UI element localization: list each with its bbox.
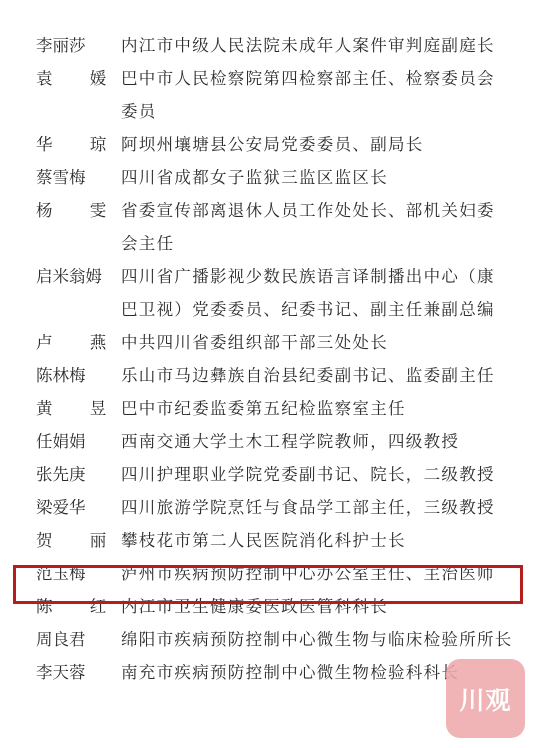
list-item-highlighted: 范玉梅 泸州市疾病预防控制中心办公室主任、主治医师 — [0, 557, 536, 590]
person-name: 卢 燕 — [36, 326, 106, 359]
person-name: 贺 丽 — [36, 524, 106, 557]
person-title: 四川护理职业学院党委副书记、院长，二级教授 — [121, 458, 521, 491]
person-name: 启米翁姆 — [36, 260, 106, 293]
list-item: 华 琼 阿坝州壤塘县公安局党委委员、副局长 — [0, 128, 536, 161]
list-item: 梁爱华 四川旅游学院烹饪与食品学工部主任，三级教授 — [0, 491, 536, 524]
title-line: 委员 — [121, 95, 521, 128]
title-line: 绵阳市疾病预防控制中心微生物与临床检验所所长 — [121, 623, 521, 656]
person-name: 周良君 — [36, 623, 106, 656]
person-title: 巴中市纪委监委第五纪检监察室主任 — [121, 392, 521, 425]
title-line: 阿坝州壤塘县公安局党委委员、副局长 — [121, 128, 521, 161]
person-name: 张先庚 — [36, 458, 106, 491]
person-title: 攀枝花市第二人民医院消化科护士长 — [121, 524, 521, 557]
list-item: 陈林梅 乐山市马边彝族自治县纪委副书记、监委副主任 — [0, 359, 536, 392]
watermark-text: 川观 — [459, 681, 511, 717]
person-name: 陈 红 — [36, 590, 106, 623]
person-title: 乐山市马边彝族自治县纪委副书记、监委副主任 — [121, 359, 521, 392]
person-title: 内江市中级人民法院未成年人案件审判庭副庭长 — [121, 29, 521, 62]
person-title: 四川旅游学院烹饪与食品学工部主任，三级教授 — [121, 491, 521, 524]
person-title: 省委宣传部离退休人员工作处处长、部机关妇委 会主任 — [121, 194, 521, 260]
list-item: 杨 雯 省委宣传部离退休人员工作处处长、部机关妇委 会主任 — [0, 194, 536, 260]
honoree-list: 李丽莎 内江市中级人民法院未成年人案件审判庭副庭长 袁 媛 巴中市人民检察院第四… — [0, 29, 536, 689]
title-line: 会主任 — [121, 227, 521, 260]
title-line: 泸州市疾病预防控制中心办公室主任、主治医师 — [121, 557, 521, 590]
person-name: 蔡雪梅 — [36, 161, 106, 194]
title-line: 四川旅游学院烹饪与食品学工部主任，三级教授 — [121, 491, 521, 524]
title-line: 西南交通大学土木工程学院教师，四级教授 — [121, 425, 521, 458]
person-title: 西南交通大学土木工程学院教师，四级教授 — [121, 425, 521, 458]
person-title: 阿坝州壤塘县公安局党委委员、副局长 — [121, 128, 521, 161]
person-name: 袁 媛 — [36, 62, 106, 95]
person-name: 陈林梅 — [36, 359, 106, 392]
person-title: 四川省广播影视少数民族语言译制播出中心（康 巴卫视）党委委员、纪委书记、副主任兼… — [121, 260, 521, 326]
person-name: 黄 昱 — [36, 392, 106, 425]
list-item: 周良君 绵阳市疾病预防控制中心微生物与临床检验所所长 — [0, 623, 536, 656]
list-item: 李丽莎 内江市中级人民法院未成年人案件审判庭副庭长 — [0, 29, 536, 62]
list-item: 启米翁姆 四川省广播影视少数民族语言译制播出中心（康 巴卫视）党委委员、纪委书记… — [0, 260, 536, 326]
title-line: 巴中市纪委监委第五纪检监察室主任 — [121, 392, 521, 425]
watermark-logo: 川观 — [446, 659, 525, 738]
list-item: 黄 昱 巴中市纪委监委第五纪检监察室主任 — [0, 392, 536, 425]
title-line: 四川省成都女子监狱三监区监区长 — [121, 161, 521, 194]
list-item: 张先庚 四川护理职业学院党委副书记、院长，二级教授 — [0, 458, 536, 491]
person-title: 内江市卫生健康委医政医管科科长 — [121, 590, 521, 623]
title-line: 内江市中级人民法院未成年人案件审判庭副庭长 — [121, 29, 521, 62]
person-title: 泸州市疾病预防控制中心办公室主任、主治医师 — [121, 557, 521, 590]
list-item: 任娟娟 西南交通大学土木工程学院教师，四级教授 — [0, 425, 536, 458]
person-name: 任娟娟 — [36, 425, 106, 458]
person-name: 李天蓉 — [36, 656, 106, 689]
title-line: 省委宣传部离退休人员工作处处长、部机关妇委 — [121, 194, 521, 227]
title-line: 内江市卫生健康委医政医管科科长 — [121, 590, 521, 623]
person-name: 杨 雯 — [36, 194, 106, 227]
person-name: 梁爱华 — [36, 491, 106, 524]
person-name: 李丽莎 — [36, 29, 106, 62]
person-name: 范玉梅 — [36, 557, 106, 590]
list-item: 贺 丽 攀枝花市第二人民医院消化科护士长 — [0, 524, 536, 557]
title-line: 四川省广播影视少数民族语言译制播出中心（康 — [121, 260, 521, 293]
title-line: 攀枝花市第二人民医院消化科护士长 — [121, 524, 521, 557]
list-item: 蔡雪梅 四川省成都女子监狱三监区监区长 — [0, 161, 536, 194]
person-title: 绵阳市疾病预防控制中心微生物与临床检验所所长 — [121, 623, 521, 656]
person-title: 巴中市人民检察院第四检察部主任、检察委员会 委员 — [121, 62, 521, 128]
title-line: 乐山市马边彝族自治县纪委副书记、监委副主任 — [121, 359, 521, 392]
title-line: 四川护理职业学院党委副书记、院长，二级教授 — [121, 458, 521, 491]
title-line: 巴中市人民检察院第四检察部主任、检察委员会 — [121, 62, 521, 95]
person-name: 华 琼 — [36, 128, 106, 161]
list-item: 袁 媛 巴中市人民检察院第四检察部主任、检察委员会 委员 — [0, 62, 536, 128]
title-line: 巴卫视）党委委员、纪委书记、副主任兼副总编 — [121, 293, 521, 326]
person-title: 中共四川省委组织部干部三处处长 — [121, 326, 521, 359]
list-item: 陈 红 内江市卫生健康委医政医管科科长 — [0, 590, 536, 623]
list-item: 卢 燕 中共四川省委组织部干部三处处长 — [0, 326, 536, 359]
title-line: 中共四川省委组织部干部三处处长 — [121, 326, 521, 359]
person-title: 四川省成都女子监狱三监区监区长 — [121, 161, 521, 194]
